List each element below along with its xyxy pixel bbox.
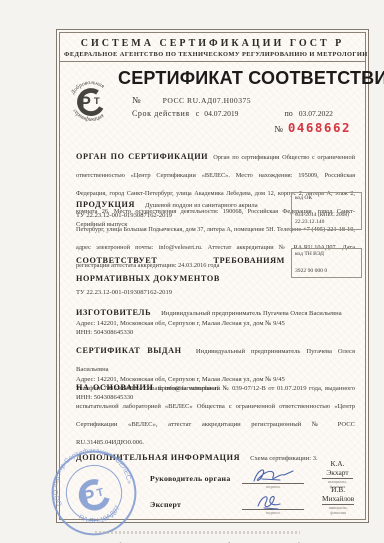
section-certification-body: ОРГАН ПО СЕРТИФИКАЦИИ Орган по сертифика… xyxy=(60,146,365,190)
manufacturer-name: Индивидуальный предприниматель Пугачева … xyxy=(161,310,341,317)
basis-text: протокола испытаний № 039-07/12-В от 01.… xyxy=(76,385,355,446)
manufacturer-inn: ИНН: 504308645330 xyxy=(76,329,355,338)
number-sign: № xyxy=(132,95,141,105)
agency-line: ФЕДЕРАЛЬНОЕ АГЕНТСТВО ПО ТЕХНИЧЕСКОМУ РЕ… xyxy=(64,51,361,58)
ok-code-label: код ОК xyxy=(295,195,358,203)
basis-heading: НА ОСНОВАНИИ xyxy=(76,383,153,392)
ok-code-line1: 034-2014 (КПЕС 2008) xyxy=(295,212,358,220)
blank-number: 0468662 xyxy=(288,120,351,135)
expert-role-label: Эксперт xyxy=(150,500,242,515)
ok-code-box: код ОК 034-2014 (КПЕС 2008) 22.23.12.140 xyxy=(291,192,362,230)
expert-signature-row: Эксперт подпись И.В. Михайлов инициалы, … xyxy=(150,489,353,515)
certificate-number: РОСС RU.АД07.Н00375 xyxy=(163,96,252,105)
conforms-heading: СООТВЕТСТВУЕТ ТРЕБОВАНИЯМ НОРМАТИВНЫХ ДО… xyxy=(76,256,285,283)
printer-imprint-microtext xyxy=(95,531,300,534)
svg-text:Т: Т xyxy=(94,96,100,107)
expert-name: И.В. Михайлов xyxy=(322,485,354,503)
manufacturer-heading: ИЗГОТОВИТЕЛЬ xyxy=(76,308,151,317)
validity-from-label: с xyxy=(196,109,200,118)
certificate-page: СИСТЕМА СЕРТИФИКАЦИИ ГОСТ Р ФЕДЕРАЛЬНОЕ … xyxy=(0,0,384,543)
validity-label: Срок действия xyxy=(132,109,190,118)
svg-text:Р: Р xyxy=(80,94,91,112)
name-hint-label: инициалы, фамилия xyxy=(322,505,354,515)
certificate-frame: СИСТЕМА СЕРТИФИКАЦИИ ГОСТ Р ФЕДЕРАЛЬНОЕ … xyxy=(56,29,369,523)
additional-text: Схема сертификации: 3. xyxy=(250,455,318,462)
validity-to-date: 03.07.2022 xyxy=(299,109,333,118)
tnved-code-value: 3922 90 000 0 xyxy=(295,268,358,276)
sign-hint-label: подпись xyxy=(242,510,304,515)
certificate-title: СЕРТИФИКАТ СООТВЕТСТВИЯ xyxy=(118,68,365,89)
tnved-code-box: код ТН ВЭД 3922 90 000 0 xyxy=(291,248,362,278)
tnved-code-label: код ТН ВЭД xyxy=(295,251,358,259)
expert-signature: подпись xyxy=(242,492,304,516)
expert-name-cell: И.В. Михайлов инициалы, фамилия xyxy=(322,485,354,516)
production-serial: Серийный выпуск xyxy=(76,221,285,230)
section-conforms: СООТВЕТСТВУЕТ ТРЕБОВАНИЯМ НОРМАТИВНЫХ ДО… xyxy=(60,250,365,302)
issued-heading: СЕРТИФИКАТ ВЫДАН xyxy=(76,346,182,355)
validity-from-date: 04.07.2019 xyxy=(204,109,238,118)
section-issued-to: СЕРТИФИКАТ ВЫДАН Индивидуальный предприн… xyxy=(60,340,365,377)
signature-area: ООО «Центр Сертификации «ВЕЛЕС» RA.RU.10… xyxy=(60,463,365,535)
organ-heading: ОРГАН ПО СЕРТИФИКАЦИИ xyxy=(76,152,208,161)
blank-number-sign: № xyxy=(274,124,283,134)
manufacturer-address: Адрес: 142201, Московская обл, Серпухов … xyxy=(76,320,355,329)
svg-text:Т: Т xyxy=(96,486,106,499)
production-heading: ПРОДУКЦИЯ xyxy=(76,200,135,209)
head-role-label: Руководитель органа xyxy=(150,474,242,489)
head-signature: подпись xyxy=(242,466,304,490)
section-manufacturer: ИЗГОТОВИТЕЛЬ Индивидуальный предпринимат… xyxy=(60,302,365,340)
certificate-number-row: № РОСС RU.АД07.Н00375 xyxy=(132,95,365,105)
production-name: Душевой поддон из санитарного акрила xyxy=(145,202,258,209)
production-tu: ТУ 22.23.12-001-0193087162-2019 xyxy=(76,212,285,221)
title-block: Добровольная сертификация Р Т СЕРТИФИКАТ… xyxy=(60,68,365,142)
rst-voluntary-certification-logo-icon: Добровольная сертификация Р Т xyxy=(67,72,115,134)
validity-to-label: по xyxy=(284,109,292,118)
section-production: ПРОДУКЦИЯ Душевой поддон из санитарного … xyxy=(60,194,365,248)
sign-hint-label: подпись xyxy=(242,484,304,489)
section-basis: НА ОСНОВАНИИ протокола испытаний № 039-0… xyxy=(60,377,365,407)
validity-row: Срок действия с 04.07.2019 по 03.07.2022 xyxy=(132,109,365,118)
certificate-header: СИСТЕМА СЕРТИФИКАЦИИ ГОСТ Р ФЕДЕРАЛЬНОЕ … xyxy=(60,33,365,62)
conforms-tu: ТУ 22.23.12-001-0193087162-2019 xyxy=(76,289,285,298)
head-name: К.А. Экхарт xyxy=(322,459,353,477)
system-line: СИСТЕМА СЕРТИФИКАЦИИ ГОСТ Р xyxy=(64,38,361,49)
ok-code-line2: 22.23.12.140 xyxy=(295,219,358,227)
blank-number-row: № 0468662 xyxy=(274,120,351,135)
